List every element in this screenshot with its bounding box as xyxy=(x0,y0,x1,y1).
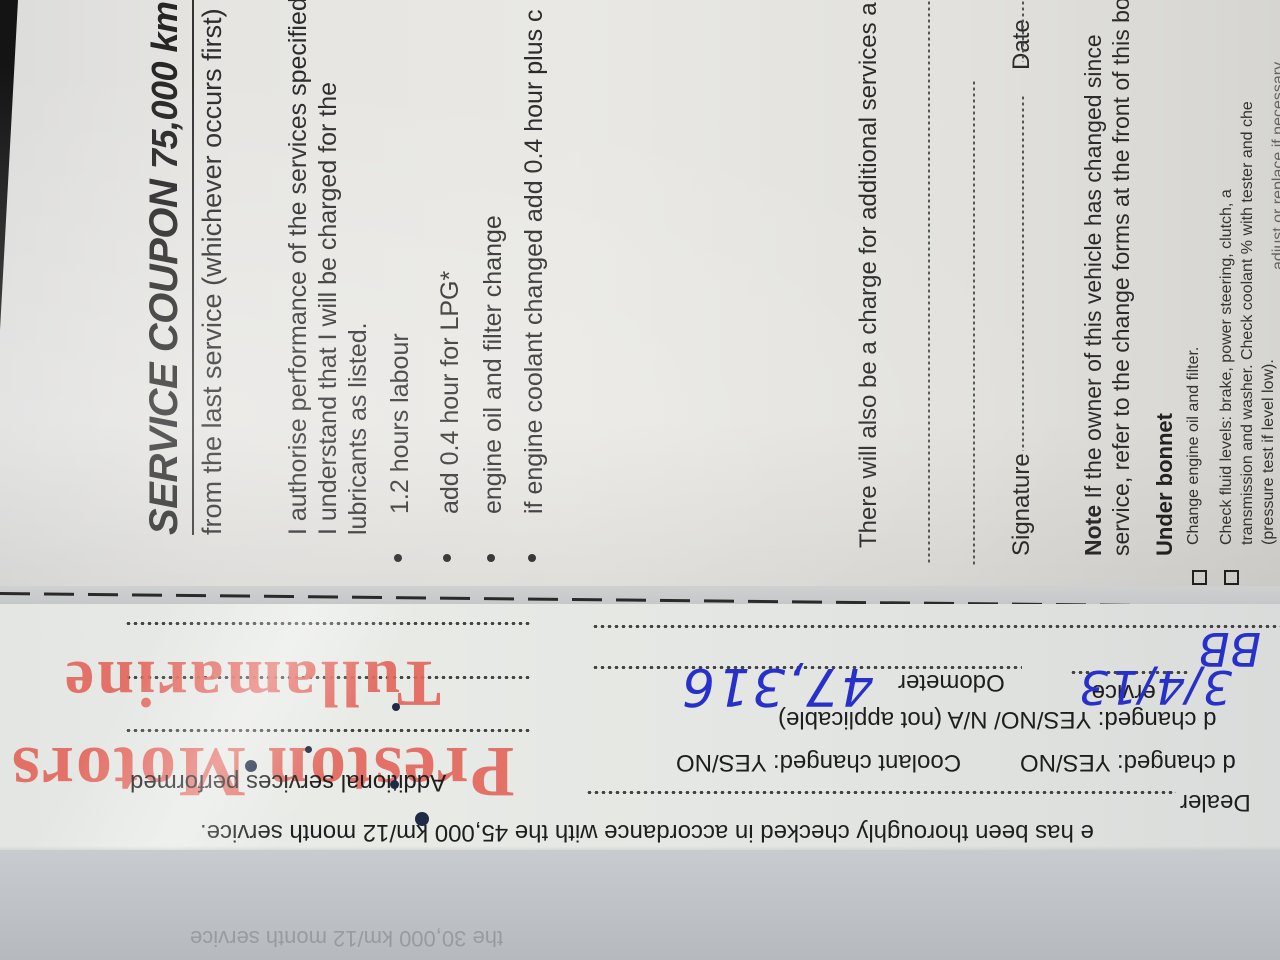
handwritten-odometer: 47,316 xyxy=(680,656,874,716)
handwritten-initials: BB xyxy=(1198,622,1261,676)
coupon-title-text: SERVICE COUPON xyxy=(142,180,186,535)
coupon-subtitle: from the last service (whichever occurs … xyxy=(197,8,228,535)
dealer-field-line xyxy=(586,791,1176,794)
bullet-icon xyxy=(443,554,451,562)
ink-blot xyxy=(305,746,312,753)
ownership-note-line-2: service, refer to the change forms at th… xyxy=(1106,0,1136,556)
ownership-note-line-1: Note If the owner of this vehicle has ch… xyxy=(1078,34,1108,556)
signature-label: Signature xyxy=(1008,453,1036,556)
odometer-label: Odometer xyxy=(898,668,1005,696)
ink-blot xyxy=(392,703,400,711)
bullet-coolant: if engine coolant changed add 0.4 hour p… xyxy=(520,9,549,514)
note-label: Note xyxy=(1080,505,1106,556)
bullet-lpg: add 0.4 hour for LPG* xyxy=(436,271,465,514)
bleed-through-text: the 30,000 km/12 month service xyxy=(190,925,503,951)
check-item-oil-filter: Change engine oil and filter. xyxy=(1183,347,1204,545)
check-item-continuation-3: adjust or replace if necessary. xyxy=(1268,59,1280,270)
check-item-continuation-2: (pressure test if level low). xyxy=(1258,359,1279,545)
document-photo: SERVICE COUPON 75,000 km or from the las… xyxy=(0,0,1280,960)
service-confirmation-line: e has been thoroughly checked in accorda… xyxy=(200,818,1094,846)
coolant-changed-line: Coolant changed: YES/NO xyxy=(676,748,961,776)
signature-field[interactable] xyxy=(1022,95,1024,451)
ink-blot xyxy=(390,780,399,789)
checkbox-fluid-levels[interactable] xyxy=(1224,570,1239,585)
date-field[interactable] xyxy=(1022,0,1024,62)
additional-services-field-2[interactable] xyxy=(973,80,975,565)
additional-charge-text: There will also be a charge for addition… xyxy=(855,2,883,548)
under-bonnet-heading: Under bonnet xyxy=(1152,413,1178,556)
coupon-interval: 75,000 km or xyxy=(144,0,185,169)
ink-blot xyxy=(415,812,429,826)
dealer-label: Dealer xyxy=(1180,788,1251,816)
additional-services-field[interactable] xyxy=(928,0,930,565)
authorisation-line-3: lubricants as listed. xyxy=(342,322,374,535)
bullet-icon xyxy=(528,554,536,562)
title-underline xyxy=(192,0,194,535)
check-item-continuation-1: transmission and washer. Check coolant %… xyxy=(1237,101,1258,545)
stub-field-line xyxy=(592,625,1280,628)
authorisation-line-1: I authorise performance of the services … xyxy=(282,0,314,535)
bullet-icon xyxy=(394,554,402,562)
note-text: If the owner of this vehicle has changed… xyxy=(1080,34,1106,505)
ink-blot xyxy=(245,760,257,772)
fluid-changed-line: d changed: YES/NO xyxy=(1020,748,1236,776)
authorisation-line-2: I understand that I will be charged for … xyxy=(312,82,344,535)
bullet-labour: 1.2 hours labour xyxy=(386,333,415,514)
checkbox-oil-filter[interactable] xyxy=(1192,570,1207,585)
bullet-oil: engine oil and filter change xyxy=(479,215,508,514)
bullet-icon xyxy=(487,554,495,562)
dealer-stamp-suburb: Tullamarine xyxy=(62,645,441,721)
coupon-title: SERVICE COUPON 75,000 km or xyxy=(142,0,187,535)
stub-field-line xyxy=(125,622,530,625)
check-item-fluid-levels: Check fluid levels: brake, power steerin… xyxy=(1216,189,1237,545)
